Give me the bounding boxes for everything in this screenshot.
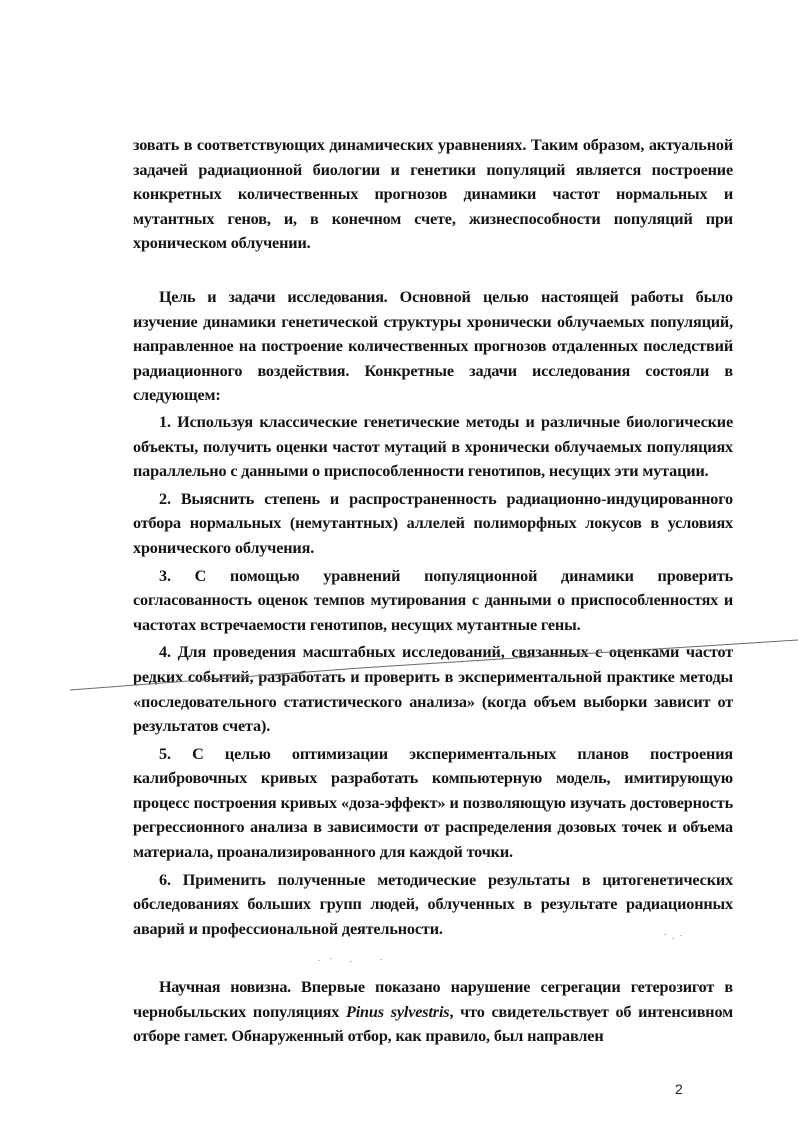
- scan-speckle: [330, 958, 332, 959]
- scan-speckle: [664, 934, 666, 935]
- task-item-1: 1. Используя классические генетические м…: [133, 410, 733, 484]
- document-page: зовать в соответствующих динамических ур…: [0, 0, 798, 1132]
- task-item-5: 5. С целью оптимизации экспериментальных…: [133, 742, 733, 865]
- task-item-6: 6. Применить полученные методические рез…: [133, 868, 733, 942]
- task-item-3: 3. С помощью уравнений популяционной дин…: [133, 564, 733, 638]
- task-item-2: 2. Выяснить степень и распространенность…: [133, 487, 733, 561]
- scan-speckle: [680, 935, 682, 936]
- page-number: 2: [675, 1081, 683, 1097]
- goals-paragraph: Цель и задачи исследования. Основной цел…: [133, 285, 733, 408]
- goals-heading: Цель и задачи исследования.: [159, 288, 387, 306]
- scan-speckle: [380, 959, 382, 960]
- scan-speckle: [318, 960, 320, 961]
- scan-speckle: [672, 938, 674, 939]
- novelty-heading: Научная новизна.: [159, 978, 291, 996]
- scan-speckle: [350, 961, 352, 962]
- intro-paragraph: зовать в соответствующих динамических ур…: [133, 133, 733, 256]
- novelty-section: Научная новизна. Впервые показано наруше…: [133, 975, 733, 1049]
- species-name: Pinus sylvestris: [346, 1003, 449, 1021]
- intro-paragraph-block: зовать в соответствующих динамических ур…: [133, 133, 733, 256]
- task-item-4: 4. Для проведения масштабных исследовани…: [133, 640, 733, 738]
- novelty-paragraph: Научная новизна. Впервые показано наруше…: [133, 975, 733, 1049]
- goals-section: Цель и задачи исследования. Основной цел…: [133, 285, 733, 941]
